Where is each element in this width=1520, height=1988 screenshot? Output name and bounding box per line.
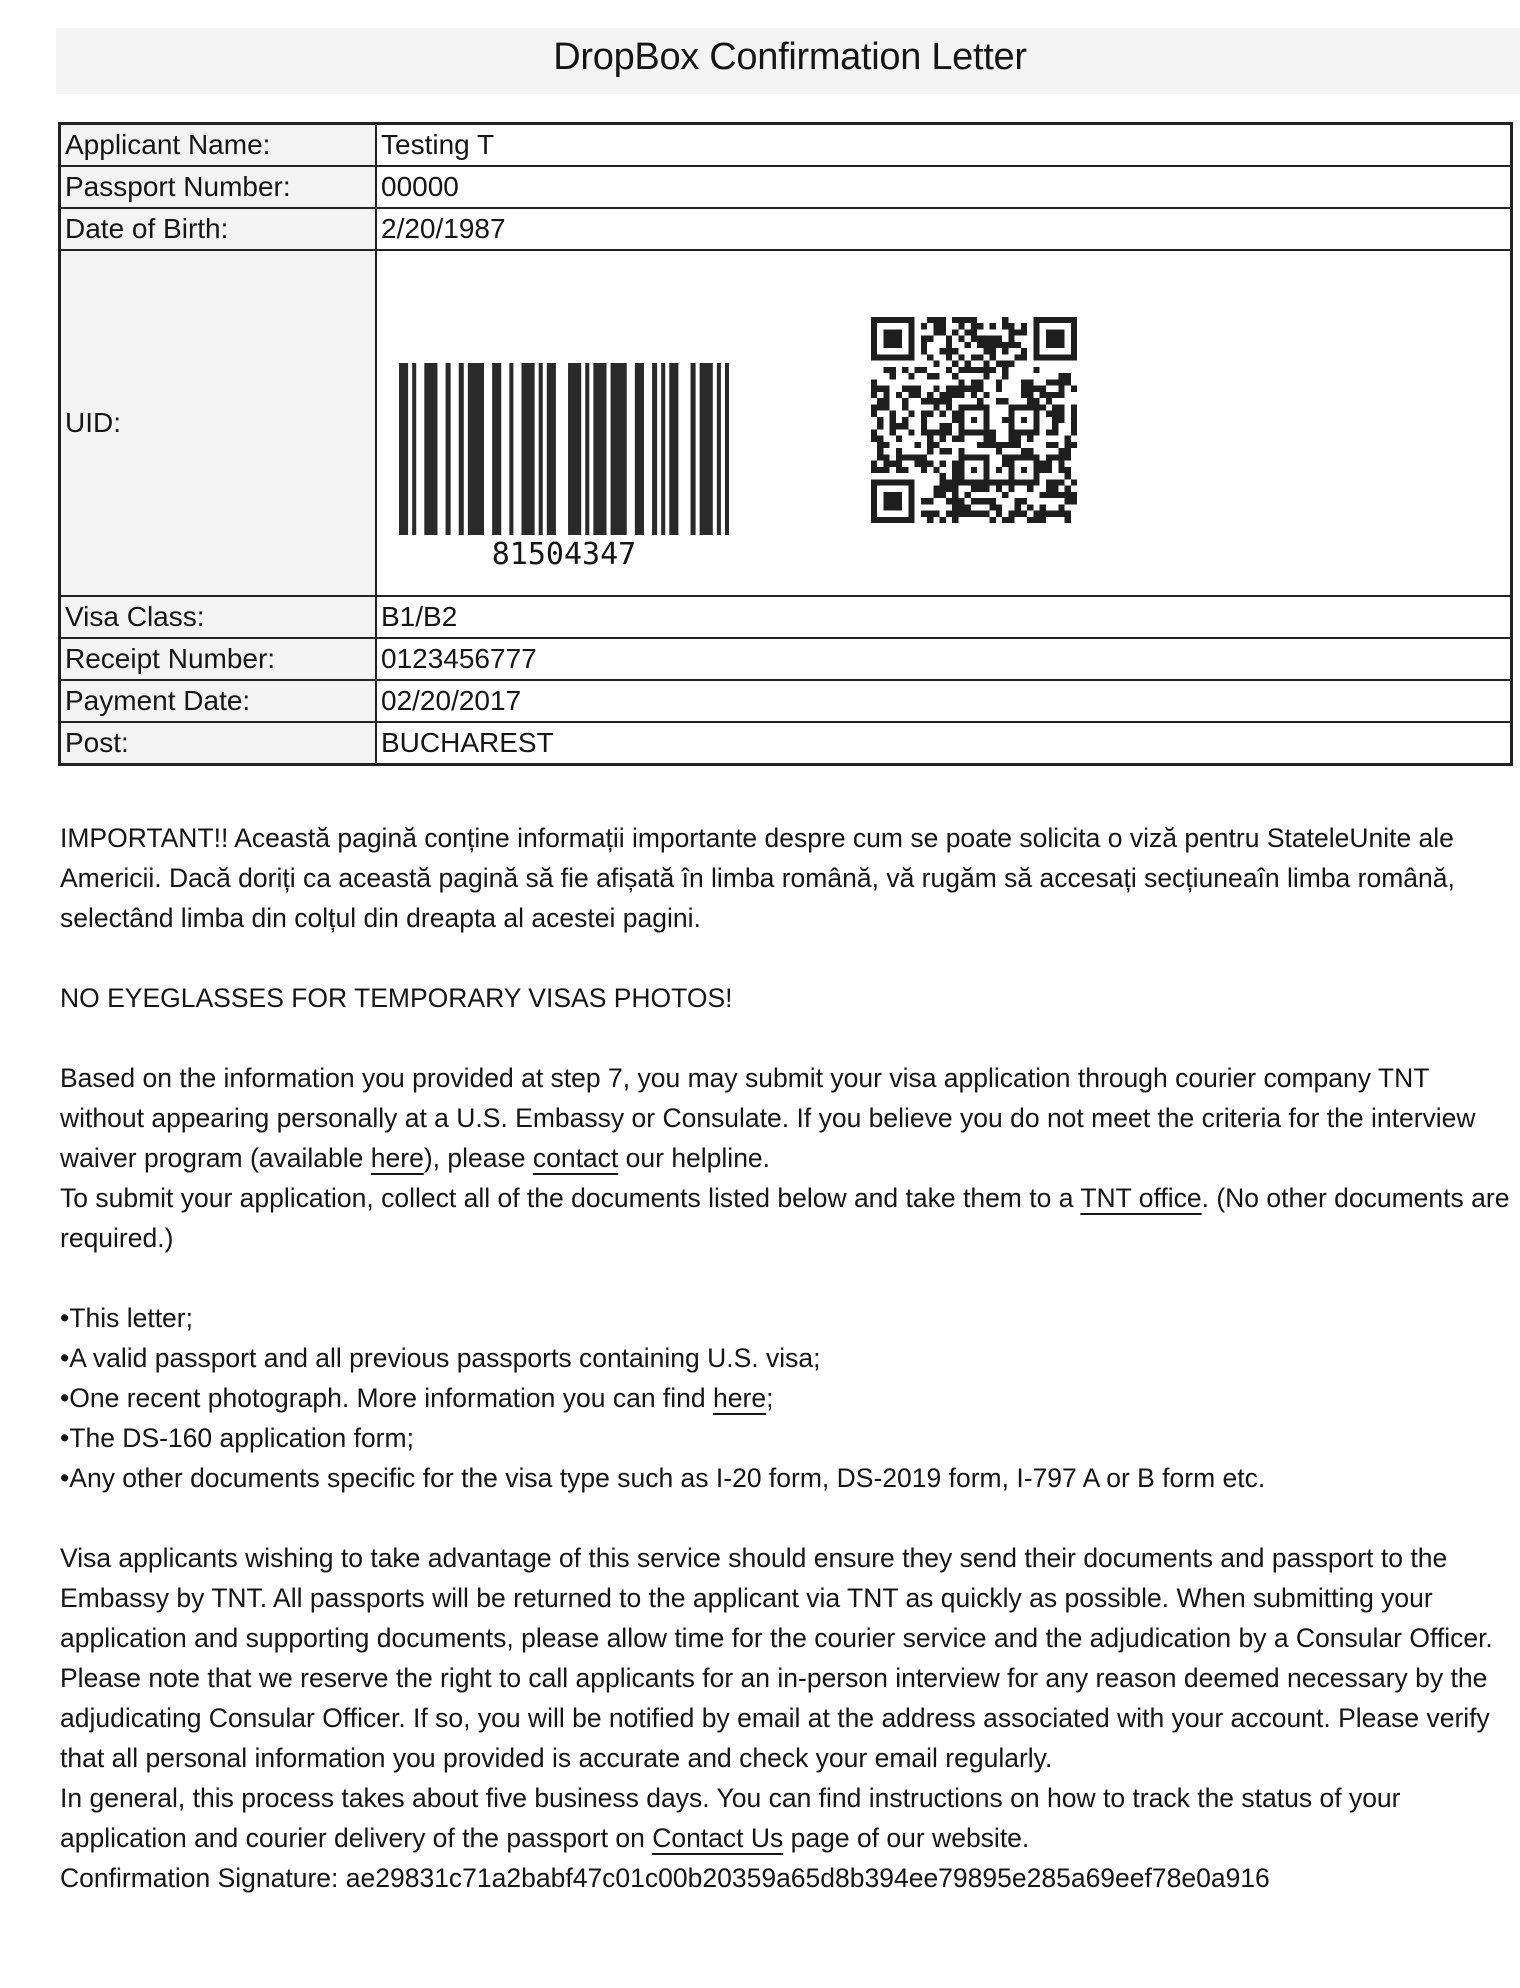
list-item-suffix: ; [766, 1383, 773, 1413]
eyeglasses-notice: NO EYEGLASSES FOR TEMPORARY VISAS PHOTOS… [60, 978, 1515, 1018]
date-of-birth-label: Date of Birth: [60, 208, 377, 250]
visa-class-value: B1/B2 [376, 596, 1512, 638]
visa-class-label: Visa Class: [60, 596, 377, 638]
tracking-text-2: page of our website. [783, 1823, 1029, 1853]
list-item: •Any other documents specific for the vi… [60, 1458, 1515, 1498]
applicant-name-value: Testing T [376, 124, 1512, 167]
confirmation-signature: Confirmation Signature: ae29831c71a2babf… [60, 1858, 1515, 1898]
payment-date-value: 02/20/2017 [376, 680, 1512, 722]
important-notice: IMPORTANT!! Această pagină conține infor… [60, 818, 1515, 938]
passport-number-value: 00000 [376, 166, 1512, 208]
receipt-number-value: 0123456777 [376, 638, 1512, 680]
list-item: •The DS-160 application form; [60, 1418, 1515, 1458]
contact-link[interactable]: contact [533, 1143, 618, 1173]
uid-value: 81504347 [376, 250, 1512, 596]
table-row: Post: BUCHAREST [60, 722, 1512, 765]
list-item-text: •One recent photograph. More information… [60, 1383, 713, 1413]
table-row: Receipt Number: 0123456777 [60, 638, 1512, 680]
list-item: •A valid passport and all previous passp… [60, 1338, 1515, 1378]
applicant-name-label: Applicant Name: [60, 124, 377, 167]
list-item: •This letter; [60, 1298, 1515, 1338]
uid-label: UID: [60, 250, 377, 596]
list-item: •One recent photograph. More information… [60, 1378, 1515, 1418]
signature-value: ae29831c71a2babf47c01c00b20359a65d8b394e… [346, 1863, 1270, 1893]
table-row: Payment Date: 02/20/2017 [60, 680, 1512, 722]
barcode-icon [399, 363, 729, 535]
post-value: BUCHAREST [376, 722, 1512, 765]
payment-date-label: Payment Date: [60, 680, 377, 722]
signature-label: Confirmation Signature: [60, 1863, 346, 1893]
letter-body: IMPORTANT!! Această pagină conține infor… [60, 818, 1515, 1898]
date-of-birth-value: 2/20/1987 [376, 208, 1512, 250]
submit-text-1: To submit your application, collect all … [60, 1183, 1080, 1213]
receipt-number-label: Receipt Number: [60, 638, 377, 680]
qr-code-icon [871, 317, 1077, 523]
table-row: Date of Birth: 2/20/1987 [60, 208, 1512, 250]
post-label: Post: [60, 722, 377, 765]
submit-paragraph: To submit your application, collect all … [60, 1178, 1515, 1258]
contact-us-link[interactable]: Contact Us [652, 1823, 783, 1853]
courier-paragraph: Based on the information you provided at… [60, 1058, 1515, 1178]
service-paragraph: Visa applicants wishing to take advantag… [60, 1538, 1515, 1778]
courier-text-2: ), please [424, 1143, 533, 1173]
document-title: DropBox Confirmation Letter [0, 36, 1520, 79]
photo-here-link[interactable]: here [713, 1383, 766, 1413]
passport-number-label: Passport Number: [60, 166, 377, 208]
barcode-number: 81504347 [399, 537, 729, 572]
tnt-office-link[interactable]: TNT office [1080, 1183, 1201, 1213]
table-row: Visa Class: B1/B2 [60, 596, 1512, 638]
table-row: Passport Number: 00000 [60, 166, 1512, 208]
table-row: Applicant Name: Testing T [60, 124, 1512, 167]
uid-row: UID: 81504347 [60, 250, 1512, 596]
here-link[interactable]: here [371, 1143, 424, 1173]
tracking-paragraph: In general, this process takes about fiv… [60, 1778, 1515, 1858]
applicant-info-table: Applicant Name: Testing T Passport Numbe… [58, 122, 1513, 766]
courier-text-3: our helpline. [618, 1143, 770, 1173]
